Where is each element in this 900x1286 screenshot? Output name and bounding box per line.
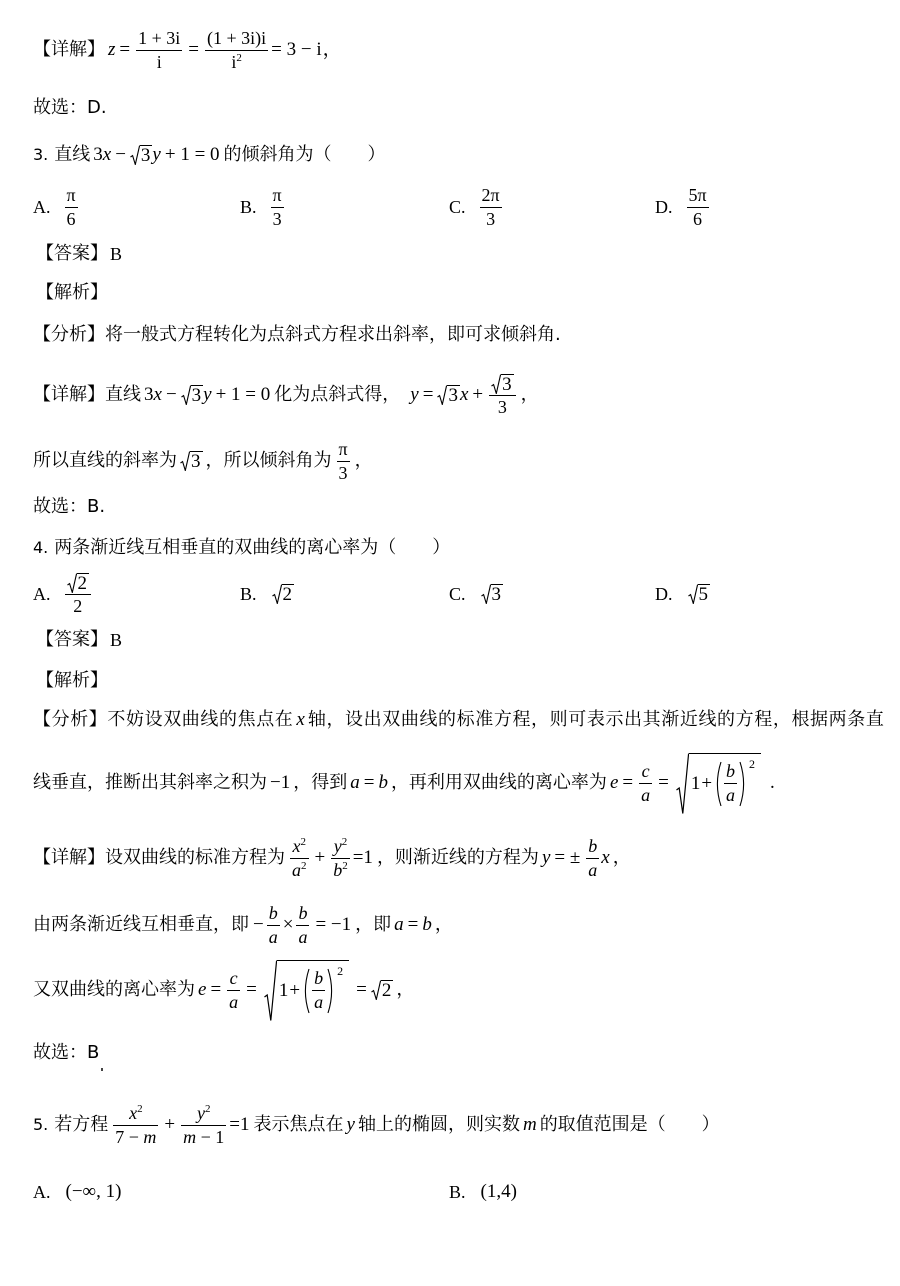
stem-text: 轴上的椭圆，则实数 <box>358 1114 520 1136</box>
radicand: 3 <box>447 385 460 405</box>
numerator: y2 <box>181 1102 226 1126</box>
numerator: c <box>639 760 652 784</box>
denominator: 7 − m <box>113 1126 158 1149</box>
variable-y: y <box>152 144 160 166</box>
a-equals-b: a = b <box>350 772 388 794</box>
numerator: y2 <box>331 835 350 859</box>
square-root: 2 <box>67 573 90 593</box>
square-root: 1 + b a 2 <box>264 960 349 1021</box>
fenxi-text: ，得到 <box>293 772 347 794</box>
coefficient: 3 <box>144 384 154 406</box>
hyperbola-equation: x2 a2 + y2 b2 =1 <box>288 835 374 882</box>
variable-x: x <box>460 384 468 406</box>
result: = 3 − i <box>271 39 321 61</box>
constant-part: − 1 <box>201 1127 225 1147</box>
numerator: x2 <box>113 1102 158 1126</box>
option-value: (−∞, 1) <box>66 1181 122 1203</box>
comma: ， <box>435 914 453 936</box>
exponent: 2 <box>301 860 307 872</box>
equals-sign: = <box>658 772 669 794</box>
equals-sign: = <box>364 772 375 794</box>
variable-x: x <box>154 384 162 406</box>
conclusion-text: 故选：B <box>33 1042 99 1064</box>
fraction-b-over-a: b a <box>312 967 325 1014</box>
fraction-c-over-a: c a <box>227 967 240 1014</box>
slope-value: 3 <box>180 451 203 471</box>
variable-b: b <box>422 914 432 936</box>
equals-sign: = <box>408 914 419 936</box>
variable-x: x <box>601 847 609 869</box>
square-root: 2 <box>371 980 394 1000</box>
radical-sign-icon <box>437 385 447 405</box>
equals-plus-minus: = ± <box>554 847 580 869</box>
denominator: 3 <box>480 208 502 231</box>
stem-text: 表示焦点在 <box>254 1114 344 1136</box>
fraction-b-over-a: b a <box>586 835 599 882</box>
denominator: a <box>296 926 309 949</box>
detail-text: 直线 <box>105 384 141 406</box>
square-root: 3 <box>180 451 203 471</box>
square-root: 3 <box>181 385 204 405</box>
denominator: i <box>136 51 182 74</box>
radical-sign-icon <box>67 573 77 593</box>
q5-stem: 5. 若方程 x2 7 − m + y2 m − 1 =1 表示焦点在 y 轴上… <box>33 1095 720 1155</box>
fenxi-label: 【分析】 <box>33 324 105 346</box>
variable-m: m <box>183 1127 196 1147</box>
variable-x: x <box>129 1103 137 1123</box>
plus-sign: + <box>315 847 326 869</box>
axis-variable: y <box>347 1114 355 1136</box>
equation-tail: + 1 = 0 <box>216 384 271 406</box>
stem-text: 若方程 <box>54 1114 108 1136</box>
variable-x: x <box>293 836 301 856</box>
radicand: 3 <box>501 374 514 394</box>
detail-label: 【详解】 <box>33 384 105 406</box>
numerator: π <box>65 184 78 208</box>
angle-value: π3 <box>335 438 352 485</box>
exponent: 2 <box>236 52 242 64</box>
detail-text: 又双曲线的离心率为 <box>33 979 195 1001</box>
option-label: B. <box>240 584 257 605</box>
variable-b: b <box>333 860 342 880</box>
variable-z: z <box>108 39 115 61</box>
variable-y: y <box>542 847 550 869</box>
variable-a: a <box>394 914 404 936</box>
radicand: 3 <box>140 145 153 165</box>
numerator: x2 <box>290 835 309 859</box>
radicand: 3 <box>191 385 204 405</box>
question-number: 5. <box>33 1114 48 1136</box>
equation-rhs: =1 <box>353 847 373 869</box>
radicand: 2 <box>282 584 295 604</box>
variable-y: y <box>347 1114 355 1136</box>
variable-a: a <box>292 860 301 880</box>
numerator: 2π <box>480 184 502 208</box>
denominator: m − 1 <box>181 1126 226 1149</box>
radicand: 1 + b a 2 <box>277 960 349 1021</box>
q4-option-b: B. 2 <box>240 564 297 624</box>
ellipse-equation: x2 7 − m + y2 m − 1 =1 <box>111 1102 250 1149</box>
variable-x: x <box>103 144 111 166</box>
comma: ， <box>521 384 539 406</box>
detail-text: ，即 <box>355 914 391 936</box>
detail-label: 【详解】 <box>33 847 105 869</box>
option-value: (1,4) <box>481 1181 517 1203</box>
option-value: 2 <box>272 584 295 604</box>
denominator: a <box>312 991 325 1014</box>
variable-a: a <box>350 772 360 794</box>
square-root: 3 <box>481 584 504 604</box>
numerator: b <box>296 902 309 926</box>
exponent: 2 <box>337 965 343 977</box>
fraction-y2-over-b2: y2 b2 <box>331 835 350 882</box>
fraction-b-over-a: b a <box>296 902 309 949</box>
numerator: b <box>586 835 599 859</box>
q4-option-c: C. 3 <box>449 564 506 624</box>
equals-sign: = <box>246 979 257 1001</box>
radical-sign-icon <box>264 960 277 1021</box>
numerator: 3 <box>489 372 516 396</box>
variable-y: y <box>334 836 342 856</box>
fraction: π3 <box>337 438 350 485</box>
variable-m: m <box>523 1114 537 1136</box>
times-sign: × <box>283 914 294 936</box>
detail-label: 【详解】 <box>33 39 105 61</box>
denominator: a <box>639 784 652 807</box>
fraction-b-over-a: b a <box>724 760 737 807</box>
q2-detail-line: 【详解】 z = 1 + 3i i = (1 + 3i)i i2 = 3 − i… <box>33 20 345 80</box>
line-equation: 3x − 3y + 1 = 0 <box>93 144 220 166</box>
slope-text: 所以直线的斜率为 <box>33 450 177 472</box>
square-root: 3 <box>491 374 514 394</box>
q4-fenxi-line-1: 【分析】 不妨设双曲线的焦点在 x 轴，设出双曲线的标准方程，则可表示出其渐近线… <box>33 690 884 750</box>
answer-value: B <box>110 630 122 651</box>
numerator: b <box>312 967 325 991</box>
variable-b: b <box>378 772 388 794</box>
q3-option-d: D. 5π6 <box>655 177 711 237</box>
asymptote-equation: y = ± b a x <box>542 835 610 882</box>
comma: ， <box>396 979 414 1001</box>
numerator: 1 + 3i <box>136 27 182 51</box>
radical-sign-icon <box>676 753 689 814</box>
comma: ， <box>355 450 373 472</box>
fenxi-text: 轴，设出双曲线的标准方程，则可表示出其渐近线的方程，根据两条直 <box>308 709 885 731</box>
denominator: 3 <box>489 396 516 419</box>
answer-label: 【答案】 <box>36 629 108 651</box>
equals-sign: = <box>210 979 221 1001</box>
one: 1 <box>279 980 289 1002</box>
denominator: a <box>724 784 737 807</box>
fenxi-text: 线垂直，推断出其斜率之积为 <box>33 772 267 794</box>
numerator: π <box>337 438 350 462</box>
plus-sign: + <box>164 1114 175 1136</box>
fraction-x2-over-a2: x2 a2 <box>290 835 309 882</box>
equals-sign: = <box>356 979 367 1001</box>
equals-sign: = <box>188 39 199 61</box>
numerator: b <box>724 760 737 784</box>
numerator: c <box>227 967 240 991</box>
q4-conclusion: 故选：B <box>33 1023 99 1083</box>
q3-stem: 3. 直线 3x − 3y + 1 = 0 的倾斜角为（ ） <box>33 125 386 185</box>
q3-option-c: C. 2π3 <box>449 177 504 237</box>
radicand: 5 <box>698 584 711 604</box>
denominator: 6 <box>687 208 709 231</box>
perpendicular-condition: − b a × b a = −1 <box>252 902 352 949</box>
eccentricity-formula: e = c a = 1 + b a 2 <box>610 753 764 814</box>
stem-text: 的取值范围是（ ） <box>540 1114 720 1136</box>
variable-m: m <box>143 1127 156 1147</box>
q4-detail-line-1: 【详解】 设双曲线的标准方程为 x2 a2 + y2 b2 =1 ，则渐近线的方… <box>33 828 631 888</box>
q4-fenxi-line-2: 线垂直，推断出其斜率之积为 −1 ，得到 a = b ，再利用双曲线的离心率为 … <box>33 753 778 813</box>
denominator: a2 <box>290 859 309 882</box>
q3-detail: 【详解】 直线 3x − 3y + 1 = 0 化为点斜式得， y = 3x +… <box>33 365 539 425</box>
answer-value: B <box>110 244 122 265</box>
numerator: π <box>271 184 284 208</box>
equation-rhs: = −1 <box>315 914 351 936</box>
q4-detail-line-3: 又双曲线的离心率为 e = c a = 1 + b a <box>33 960 414 1020</box>
left-paren-icon <box>713 761 722 807</box>
fraction-c-over-a: c a <box>639 760 652 807</box>
numerator: 2 <box>65 571 92 595</box>
radical-sign-icon <box>688 584 698 604</box>
plus-sign: + <box>701 773 712 795</box>
radicand: 3 <box>190 451 203 471</box>
option-value: 3 <box>481 584 504 604</box>
radical-sign-icon <box>371 980 381 1000</box>
option-value: 5 <box>688 584 711 604</box>
radical-sign-icon <box>180 451 190 471</box>
stem-text: 两条渐近线互相垂直的双曲线的离心率为（ ） <box>54 537 450 559</box>
radical-sign-icon <box>481 584 491 604</box>
detail-text: 由两条渐近线互相垂直，即 <box>33 914 249 936</box>
numerator: 5π <box>687 184 709 208</box>
comma: ， <box>613 847 631 869</box>
document-page: 【详解】 z = 1 + 3i i = (1 + 3i)i i2 = 3 − i… <box>0 0 900 1286</box>
option-fraction: π3 <box>271 184 284 231</box>
option-fraction: 2π3 <box>480 184 502 231</box>
conclusion-text: 故选：D. <box>33 97 107 119</box>
slope-product: −1 <box>270 772 290 794</box>
square-root: 2 <box>272 584 295 604</box>
coefficient: 3 <box>93 144 103 166</box>
numerator: (1 + 3i)i <box>205 27 268 51</box>
radicand: 3 <box>491 584 504 604</box>
parameter: m <box>523 1114 537 1136</box>
exponent: 2 <box>342 836 348 848</box>
option-label: C. <box>449 197 466 218</box>
radicand: 1 + b a 2 <box>689 753 761 814</box>
fraction-y2: y2 m − 1 <box>181 1102 226 1149</box>
square-root: 1 + b a 2 <box>676 753 761 814</box>
denominator: 3 <box>337 462 350 485</box>
denominator: i2 <box>205 51 268 74</box>
equals-sign: = <box>622 772 633 794</box>
option-label: D. <box>655 584 673 605</box>
a-equals-b: a = b <box>394 914 432 936</box>
radical-sign-icon <box>272 584 282 604</box>
variable-y: y <box>203 384 211 406</box>
complex-division-equation: z = 1 + 3i i = (1 + 3i)i i2 = 3 − i ， <box>108 27 342 74</box>
axis-variable: x <box>296 709 304 731</box>
exponent: 2 <box>137 1103 143 1115</box>
fraction: 3 3 <box>489 372 516 419</box>
variable-y: y <box>410 384 418 406</box>
conclusion-text: 故选：B. <box>33 496 105 518</box>
denominator: a <box>267 926 280 949</box>
square-root: 3 <box>437 385 460 405</box>
line-equation: 3x − 3y + 1 = 0 <box>144 384 271 406</box>
radical-sign-icon <box>130 145 140 165</box>
one: 1 <box>691 773 701 795</box>
variable-e: e <box>610 772 618 794</box>
detail-text: ，则渐近线的方程为 <box>377 847 539 869</box>
equals-sign: = <box>119 39 130 61</box>
minus-sign: − <box>115 144 126 166</box>
answer-label: 【答案】 <box>36 243 108 265</box>
fraction-x2: x2 7 − m <box>113 1102 158 1149</box>
right-paren-icon <box>739 761 748 807</box>
stem-text: 直线 <box>54 144 90 166</box>
square-root: 3 <box>130 145 153 165</box>
minus-sign: − <box>253 914 264 936</box>
option-label: B. <box>240 197 257 218</box>
comma: ， <box>323 39 342 61</box>
minus-sign: − <box>166 384 177 406</box>
numerator: b <box>267 902 280 926</box>
plus-sign: + <box>472 384 483 406</box>
detail-text: 设双曲线的标准方程为 <box>105 847 285 869</box>
denominator: a <box>586 859 599 882</box>
fraction-b-over-a: b a <box>267 902 280 949</box>
analysis-label: 【解析】 <box>36 282 108 304</box>
exponent: 2 <box>342 860 348 872</box>
fenxi-label: 【分析】 <box>33 709 107 731</box>
q5-option-b: B. (1,4) <box>449 1162 520 1222</box>
slope-text: ，所以倾斜角为 <box>206 450 332 472</box>
fenxi-text: 不妨设双曲线的焦点在 <box>107 709 293 731</box>
square-root: 5 <box>688 584 711 604</box>
fenxi-text: 将一般式方程转化为点斜式方程求出斜率，即可求倾斜角. <box>105 324 561 346</box>
q3-fenxi: 【分析】 将一般式方程转化为点斜式方程求出斜率，即可求倾斜角. <box>33 305 561 365</box>
stem-text: 的倾斜角为（ ） <box>224 144 386 166</box>
analysis-label: 【解析】 <box>36 670 108 692</box>
q4-option-d: D. 5 <box>655 564 713 624</box>
eccentricity-formula: e = c a = 1 + b a 2 <box>198 960 393 1021</box>
left-paren-icon <box>301 968 310 1014</box>
option-label: A. <box>33 1182 51 1203</box>
radicand: 2 <box>381 980 394 1000</box>
option-fraction: 5π6 <box>687 184 709 231</box>
question-number: 3. <box>33 144 48 166</box>
option-label: C. <box>449 584 466 605</box>
period: . <box>770 772 775 794</box>
right-paren-icon <box>327 968 336 1014</box>
exponent: 2 <box>749 758 755 770</box>
denominator: b2 <box>331 859 350 882</box>
radical-sign-icon <box>181 385 191 405</box>
detail-text: 化为点斜式得， <box>274 384 400 406</box>
equation-rhs: =1 <box>229 1114 249 1136</box>
fenxi-text: ，再利用双曲线的离心率为 <box>391 772 607 794</box>
option-label: A. <box>33 197 51 218</box>
stray-mark <box>101 1068 103 1071</box>
equation-tail: + 1 = 0 <box>165 144 220 166</box>
constant-part: 7 − <box>115 1127 139 1147</box>
q5-option-a: A. (−∞, 1) <box>33 1162 124 1222</box>
fraction: (1 + 3i)i i2 <box>205 27 268 74</box>
radical-sign-icon <box>491 374 501 394</box>
q4-detail-line-2: 由两条渐近线互相垂直，即 − b a × b a = −1 ，即 a = b ， <box>33 895 453 955</box>
denominator: a <box>227 991 240 1014</box>
plus-sign: + <box>289 980 300 1002</box>
exponent: 2 <box>205 1103 211 1115</box>
equals-sign: = <box>423 384 434 406</box>
fraction: 1 + 3i i <box>136 27 182 74</box>
option-label: D. <box>655 197 673 218</box>
radicand: 2 <box>77 573 90 593</box>
denominator: 3 <box>271 208 284 231</box>
option-label: B. <box>449 1182 466 1203</box>
exponent: 2 <box>301 836 307 848</box>
question-number: 4. <box>33 537 48 559</box>
option-label: A. <box>33 584 51 605</box>
variable-e: e <box>198 979 206 1001</box>
variable-y: y <box>197 1103 205 1123</box>
q3-option-b: B. π3 <box>240 177 286 237</box>
slope-intercept-form: y = 3x + 3 3 <box>410 372 517 419</box>
variable-x: x <box>296 709 304 731</box>
